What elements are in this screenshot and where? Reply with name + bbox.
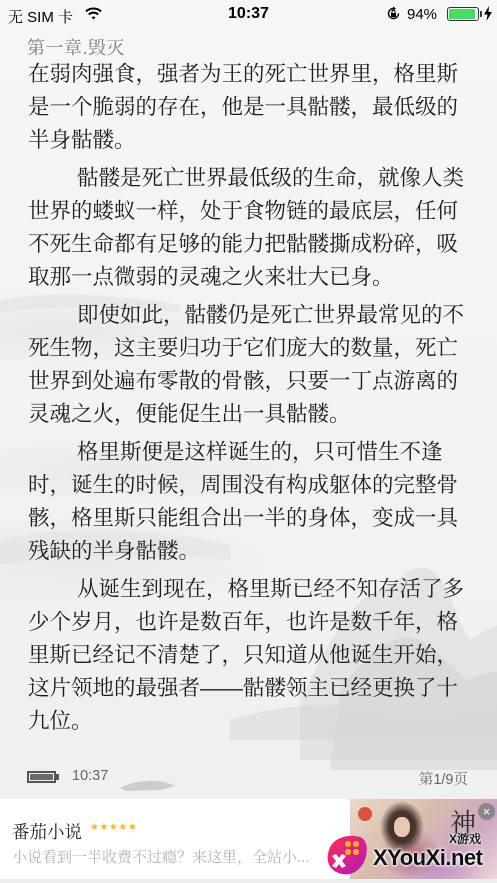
paragraph: 格里斯便是这样诞生的，只可惜生不逢 时，诞生的时候，周围没有构成躯体的完整骨 骸… — [28, 436, 478, 568]
text-line: 在弱肉强食，强者为王的死亡世界里，格里斯 — [28, 58, 478, 91]
text-line: 九位。 — [28, 705, 478, 738]
paragraph: 在弱肉强食，强者为王的死亡世界里，格里斯 是一个脆弱的存在，他是一具骷髅，最低级… — [28, 58, 478, 157]
text-line: 世界的蝼蚁一样，处于食物链的最底层，任何 — [28, 195, 478, 228]
paragraph: 从诞生到现在，格里斯已经不知存活了多 少个岁月，也许是数百年，也许是数千年，格 … — [28, 573, 478, 738]
text-line: 死生物，这主要归功于它们庞大的数量，死亡 — [28, 332, 478, 365]
text-line: 骸，格里斯只能组合出一半的身体，变成一具 — [28, 502, 478, 535]
rotation-lock-icon — [386, 6, 401, 21]
battery-nub — [480, 11, 482, 17]
text-line: 少个岁月，也许是数百年，也许是数千年，格 — [28, 606, 478, 639]
reader-time: 10:37 — [72, 768, 108, 784]
text-line: 这片领地的最强者——骷髅领主已经更换了十 — [28, 672, 478, 705]
text-line: 取那一点微弱的灵魂之火来壮大已身。 — [28, 261, 478, 294]
text-line: 骷髅是死亡世界最低级的生命，就像人类 — [28, 162, 478, 195]
text-line: 残缺的半身骷髅。 — [28, 535, 478, 568]
rating-stars-icon: ★★★★★ — [90, 822, 137, 833]
watermark-site: XYouXi.net — [373, 845, 483, 871]
ad-title[interactable]: 番茄小说 — [12, 819, 82, 844]
gamepad-logo-icon — [326, 832, 368, 876]
text-line: 半身骷髅。 — [28, 124, 478, 157]
charging-bolt-icon — [484, 6, 492, 21]
text-line: 即使如此，骷髅仍是死亡世界最常见的不 — [28, 299, 478, 332]
battery-icon — [447, 7, 479, 21]
paragraph: 骷髅是死亡世界最低级的生命，就像人类 世界的蝼蚁一样，处于食物链的最底层，任何 … — [28, 162, 478, 294]
text-line: 不死生命都有足够的能力把骷髅撕成粉碎，吸 — [28, 228, 478, 261]
reading-content[interactable]: 在弱肉强食，强者为王的死亡世界里，格里斯 是一个脆弱的存在，他是一具骷髅，最低级… — [28, 58, 478, 743]
ad-emblem-icon — [358, 807, 372, 821]
reader-battery-level — [30, 774, 53, 780]
ad-description[interactable]: 小说看到一半收费不过瘾？来这里，全站小... — [12, 846, 342, 867]
text-line: 里斯已经记不清楚了，只知道从他诞生开始， — [28, 639, 478, 672]
status-bar: 无 SIM 卡 10:37 94% — [0, 0, 497, 30]
battery-level — [449, 9, 475, 19]
reader-footer: 10:37 第1/9页 — [0, 766, 497, 788]
text-line: 是一个脆弱的存在，他是一具骷髅，最低级的 — [28, 91, 478, 124]
text-line: 从诞生到现在，格里斯已经不知存活了多 — [28, 573, 478, 606]
text-line: 世界到处遍布零散的骨骸，只要一丁点游离的 — [28, 365, 478, 398]
ad-character-portrait — [394, 817, 410, 837]
close-icon[interactable]: × — [478, 803, 495, 820]
reader-battery-nub — [56, 774, 59, 780]
text-line: 时，诞生的时候，周围没有构成躯体的完整骨 — [28, 469, 478, 502]
text-line: 灵魂之火，便能促生出一具骷髅。 — [28, 398, 478, 431]
chapter-title: 第一章.毁灭 — [27, 34, 125, 60]
page-indicator: 第1/9页 — [419, 768, 468, 789]
battery-percent: 94% — [407, 6, 437, 23]
reader-battery-icon — [27, 771, 56, 783]
paragraph: 即使如此，骷髅仍是死亡世界最常见的不 死生物，这主要归功于它们庞大的数量，死亡 … — [28, 299, 478, 431]
text-line: 格里斯便是这样诞生的，只可惜生不逢 — [28, 436, 478, 469]
